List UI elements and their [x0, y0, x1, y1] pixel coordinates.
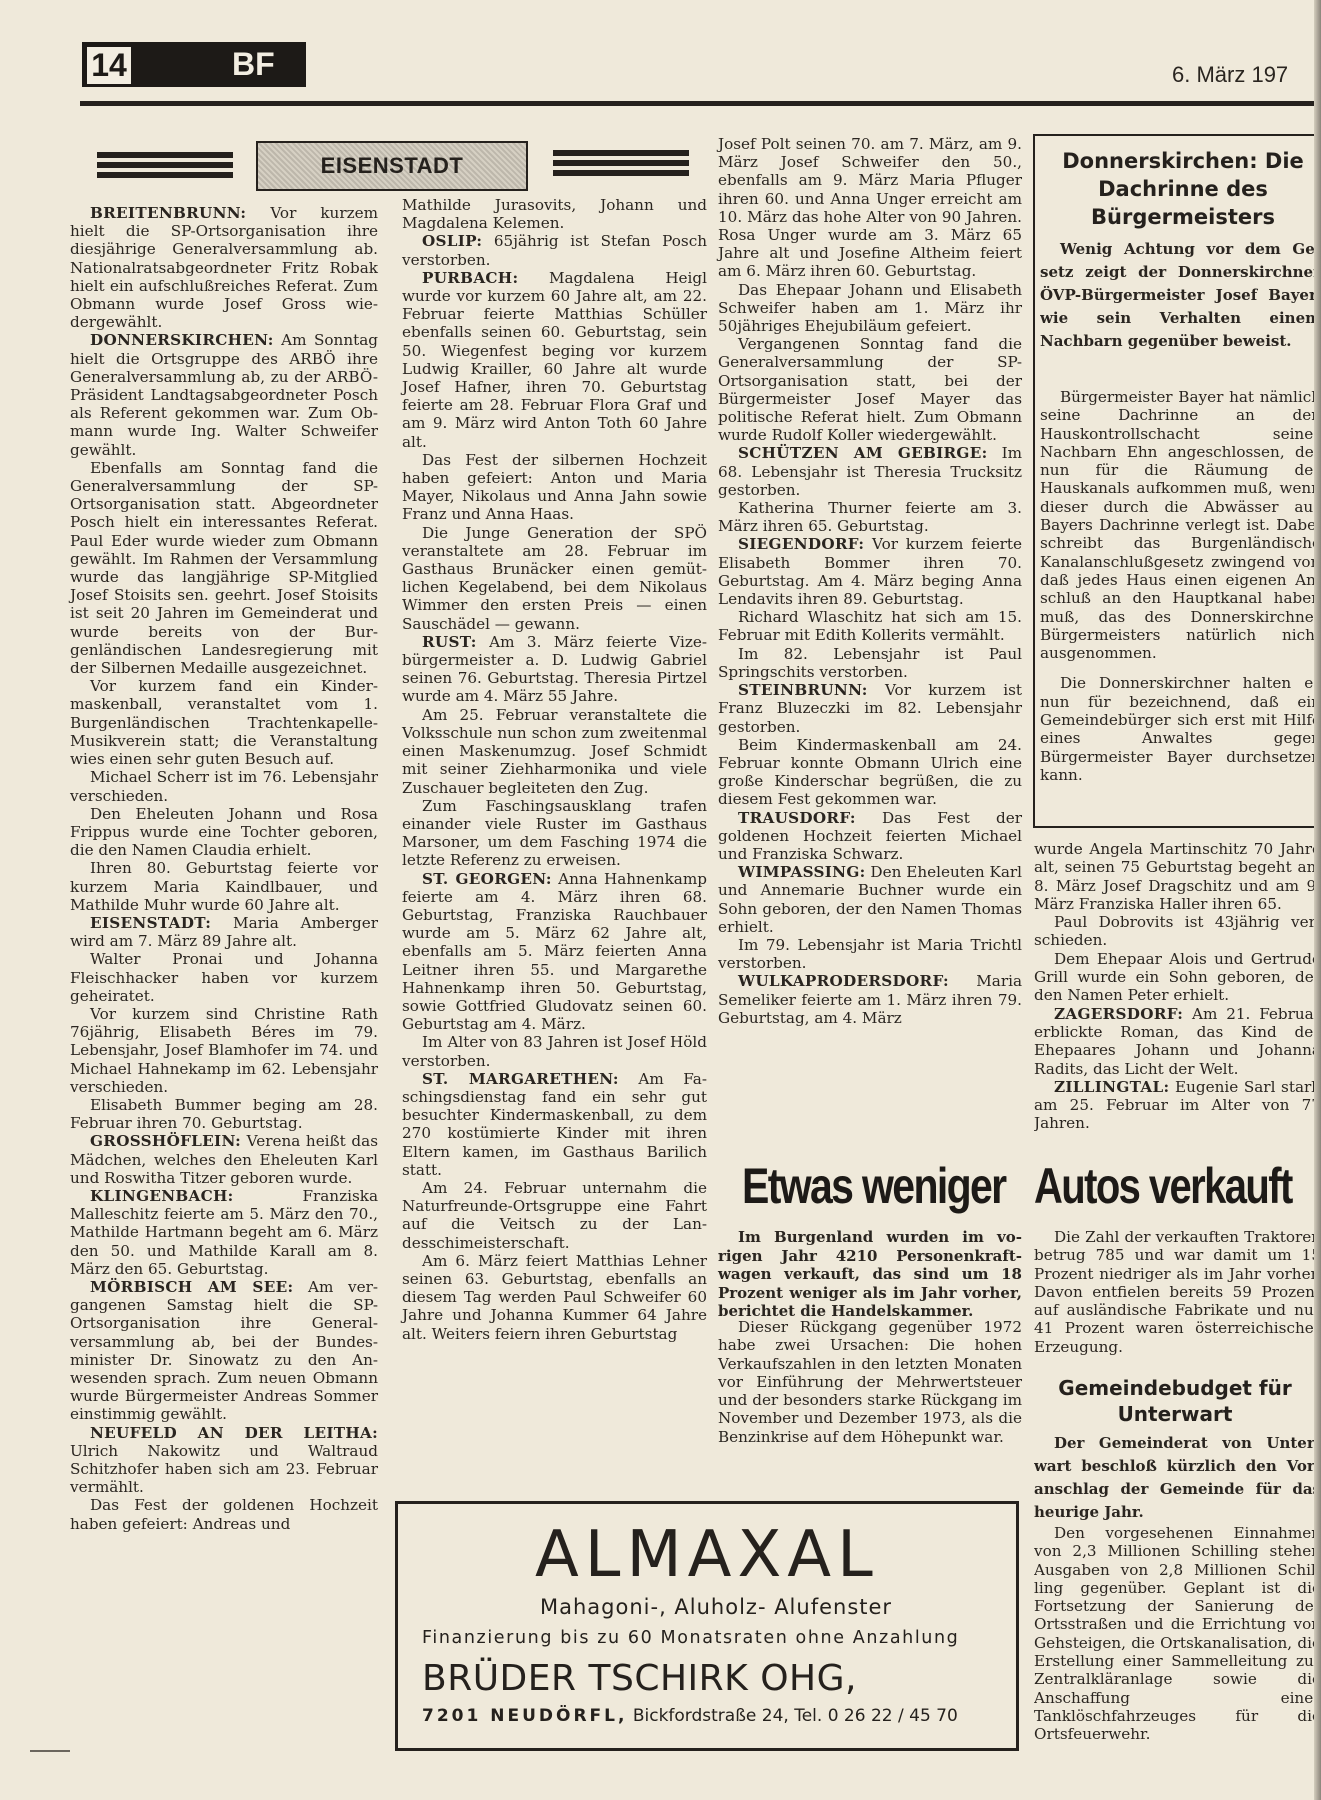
region-banner: EISENSTADT — [256, 141, 528, 191]
news-text: Ihren 80. Geburtstag feierte vor kurzem … — [70, 859, 378, 913]
news-item: Am 6. März feiert Matthias Lehner seinen… — [402, 1252, 707, 1343]
place-name: BREITENBRUNN: — [90, 204, 246, 222]
news-item: Vor kurzem sind Christine Rath 76jährig,… — [70, 1005, 378, 1096]
news-item: Paul Dobrovits ist 43jährig ver­schieden… — [1034, 913, 1321, 950]
lead-text: Der Gemeinderat von Unter­wart beschloß … — [1034, 1432, 1321, 1524]
place-name: DONNERSKIRCHEN: — [90, 331, 274, 349]
autos-headline-left: Etwas weniger — [742, 1155, 1006, 1217]
news-item: DONNERSKIRCHEN: Am Sonntag hielt die Ort… — [70, 331, 378, 458]
cut-mark — [30, 1750, 70, 1752]
news-text: Am Sonntag hielt die Ortsgruppe des ARBÖ… — [70, 331, 378, 458]
place-name: MÖRBISCH AM SEE: — [90, 1278, 293, 1296]
news-text: Vor kurzem sind Christine Rath 76jährig,… — [70, 1005, 378, 1096]
news-column-1: BREITENBRUNN: Vor kurzem hielt die SP-Or… — [70, 204, 378, 1533]
ad-address: 7201 NEUDÖRFL, Bickfordstraße 24, Tel. 0… — [422, 1706, 958, 1726]
budget-body: Den vorgesehenen Einnahmen von 2,3 Milli… — [1034, 1524, 1321, 1744]
news-item: Michael Scherr ist im 76. Le­bensjahr ve… — [70, 768, 378, 804]
place-name: KLINGENBACH: — [90, 1187, 234, 1205]
place-name: RUST: — [422, 633, 477, 651]
news-item: Am 25. Februar veranstaltete die Volkssc… — [402, 706, 707, 797]
sidebar-lead: Wenig Achtung vor dem Ge­setz zeigt der … — [1040, 238, 1321, 353]
news-item: Das Fest der silbernen Hoch­zeit haben g… — [402, 451, 707, 524]
news-item: PURBACH: Magdalena Heigl wurde vor kurze… — [402, 269, 707, 451]
news-item: Den Eheleuten Johann und Rosa Frippus wu… — [70, 805, 378, 860]
news-text: Im 79. Lebensjahr ist Maria Trichtl vers… — [718, 936, 1022, 972]
headline-line: Gemeindebudget für — [1040, 1375, 1310, 1401]
autos-headline-right: Autos verkauft — [1034, 1155, 1292, 1217]
news-text: Richard Wlaschitz hat sich am 15. Februa… — [718, 608, 1022, 644]
news-text: Den Eheleuten Johann und Rosa Frippus wu… — [70, 805, 378, 859]
place-name: ZAGERSDORF: — [1054, 1005, 1183, 1023]
news-item: ST. GEORGEN: Anna Hahnen­kamp feierte am… — [402, 870, 707, 1034]
headline-line: Donnerskirchen: Die — [1048, 147, 1318, 175]
issue-date: 6. März 197 — [1172, 62, 1288, 88]
sidebar-headline: Donnerskirchen: Die Dachrinne des Bürger… — [1048, 147, 1318, 231]
news-item: Josef Polt seinen 70. am 7. März, am 9. … — [718, 135, 1022, 281]
news-item: KLINGENBACH: Franziska Malleschitz feier… — [70, 1187, 378, 1278]
news-column-4: wurde Angela Martinschitz 70 Jahre alt, … — [1034, 840, 1321, 1133]
place-name: EISENSTADT: — [90, 914, 211, 932]
headline-line: Unterwart — [1040, 1401, 1310, 1427]
news-item: NEUFELD AN DER LEITHA: Ulrich Nakowitz u… — [70, 1424, 378, 1497]
page-edge — [1314, 0, 1321, 1800]
news-item: Ebenfalls am Sonntag fand die Generalver… — [70, 459, 378, 677]
news-item: Richard Wlaschitz hat sich am 15. Februa… — [718, 608, 1022, 644]
news-item: WIMPASSING: Den Eheleuten Karl und Annem… — [718, 863, 1022, 936]
news-item: Die Junge Generation der SPÖ veranstalte… — [402, 524, 707, 633]
body-paragraph: Dieser Rückgang gegenüber 1972 habe zwei… — [718, 1318, 1022, 1446]
news-item: TRAUSDORF: Das Fest der goldenen Hochzei… — [718, 809, 1022, 864]
news-item: wurde Angela Martinschitz 70 Jahre alt, … — [1034, 840, 1321, 913]
news-item: STEINBRUNN: Vor kurzem ist Franz Bluzecz… — [718, 681, 1022, 736]
news-item: OSLIP: 65jährig ist Stefan Posch verstor… — [402, 232, 707, 268]
sidebar-body: Bürgermeister Bayer hat nämlich seine Da… — [1040, 388, 1321, 784]
news-item: EISENSTADT: Maria Amber­ger wird am 7. M… — [70, 914, 378, 950]
news-text: wurde Angela Martinschitz 70 Jahre alt, … — [1034, 840, 1321, 913]
news-item: Am 24. Februar unternahm die Naturfreund… — [402, 1179, 707, 1252]
news-item: ZAGERSDORF: Am 21. Fe­bruar erblickte Ro… — [1034, 1005, 1321, 1078]
budget-headline: Gemeindebudget für Unterwart — [1040, 1375, 1310, 1427]
place-name: WIMPASSING: — [738, 863, 866, 881]
news-text: Am 24. Februar unternahm die Naturfreund… — [402, 1179, 707, 1252]
news-item: Im 79. Lebensjahr ist Maria Trichtl vers… — [718, 936, 1022, 972]
place-name: SIEGENDORF: — [738, 535, 864, 553]
news-text: Elisabeth Bummer beging am 28. Februar i… — [70, 1096, 378, 1132]
news-text: Paul Dobrovits ist 43jährig ver­schieden… — [1034, 913, 1321, 949]
place-name: STEINBRUNN: — [738, 681, 868, 699]
news-text: Das Fest der silbernen Hoch­zeit haben g… — [402, 451, 707, 524]
headline-line: Bürgermeisters — [1048, 203, 1318, 231]
news-text: Ebenfalls am Sonntag fand die Generalver… — [70, 459, 378, 677]
header-rule — [80, 101, 1321, 106]
lead-text: Wenig Achtung vor dem Ge­setz zeigt der … — [1040, 238, 1321, 353]
news-item: MÖRBISCH AM SEE: Am ver­gangenen Samstag… — [70, 1278, 378, 1424]
section-label: BF — [232, 42, 275, 87]
news-text: Das Ehepaar Johann und Elisa­beth Schwei… — [718, 281, 1022, 335]
ad-city: 7201 NEUDÖRFL, — [422, 1706, 627, 1726]
news-text: Magdalena Heigl wurde vor kurzem 60 Jahr… — [402, 269, 707, 451]
news-item: SIEGENDORF: Vor kurzem feierte Elisabeth… — [718, 535, 1022, 608]
news-column-2: Mathilde Jurasovits, Johann und Magdalen… — [402, 196, 707, 1343]
lead-text: Im Burgenland wurden im vo­rigen Jahr 42… — [718, 1228, 1022, 1321]
news-item: ST. MARGARETHEN: Am Fa­schingsdienstag f… — [402, 1070, 707, 1179]
news-item: Zum Faschingsausklang trafen einander vi… — [402, 797, 707, 870]
news-item: Vergangenen Sonntag fand die Generalvers… — [718, 335, 1022, 444]
news-text: Mathilde Jurasovits, Johann und Magdalen… — [402, 196, 707, 232]
news-item: Das Ehepaar Johann und Elisa­beth Schwei… — [718, 281, 1022, 336]
news-text: Walter Pronai und Johanna Fleischhacker … — [70, 950, 378, 1004]
news-text: Im Alter von 83 Jahren ist Josef Höld ve… — [402, 1033, 707, 1069]
autos-lead: Im Burgenland wurden im vo­rigen Jahr 42… — [718, 1228, 1022, 1321]
news-text: Vergangenen Sonntag fand die Generalvers… — [718, 335, 1022, 444]
place-name: NEUFELD AN DER LEITHA: — [90, 1424, 378, 1442]
news-text: Josef Polt seinen 70. am 7. März, am 9. … — [718, 135, 1022, 280]
news-text: Beim Kindermaskenball am 24. Februar kon… — [718, 736, 1022, 809]
news-text: Dem Ehepaar Alois und Ger­trude Grill wu… — [1034, 950, 1321, 1005]
news-text: Am ver­gangenen Samstag hielt die SP-Ort… — [70, 1278, 378, 1423]
news-text: Am 25. Februar veranstaltete die Volkssc… — [402, 706, 707, 797]
place-name: ST. MARGARETHEN: — [422, 1070, 619, 1088]
news-text: Vor kurzem fand ein Kinder­maskenball, v… — [70, 677, 378, 768]
news-text: Michael Scherr ist im 76. Le­bensjahr ve… — [70, 768, 378, 804]
banner-decor-left — [97, 152, 233, 184]
news-text: Anna Hahnen­kamp feierte am 4. März ihre… — [402, 870, 707, 1034]
body-paragraph: Den vorgesehenen Einnahmen von 2,3 Milli… — [1034, 1524, 1321, 1744]
news-item: Dem Ehepaar Alois und Ger­trude Grill wu… — [1034, 950, 1321, 1005]
news-text: Zum Faschingsausklang trafen einander vi… — [402, 797, 707, 870]
ad-financing: Finanzierung bis zu 60 Monatsraten ohne … — [422, 1628, 959, 1648]
budget-lead: Der Gemeinderat von Unter­wart beschloß … — [1034, 1432, 1321, 1524]
headline-line: Dachrinne des — [1048, 175, 1318, 203]
news-item: BREITENBRUNN: Vor kurzem hielt die SP-Or… — [70, 204, 378, 331]
news-text: Katherina Thurner feierte am 3. März ihr… — [718, 499, 1022, 535]
news-item: Beim Kindermaskenball am 24. Februar kon… — [718, 736, 1022, 809]
ad-street: Bickfordstraße 24, Tel. 0 26 22 / 45 70 — [627, 1706, 957, 1726]
autos-body: Dieser Rückgang gegenüber 1972 habe zwei… — [718, 1318, 1022, 1446]
page-number: 14 — [86, 46, 132, 85]
news-item: Ihren 80. Geburtstag feierte vor kurzem … — [70, 859, 378, 914]
place-name: GROSSHÖFLEIN: — [90, 1132, 241, 1150]
autos-body-right: Die Zahl der verkauften Trak­toren betru… — [1034, 1228, 1321, 1356]
news-item: Das Fest der goldenen Hochzeit haben gef… — [70, 1496, 378, 1532]
ad-product: Mahagoni-, Aluholz- Alufenster — [540, 1595, 892, 1619]
news-item: Katherina Thurner feierte am 3. März ihr… — [718, 499, 1022, 535]
body-paragraph: Bürgermeister Bayer hat nämlich seine Da… — [1040, 388, 1321, 662]
place-name: SCHÜTZEN AM GEBIRGE: — [738, 444, 987, 462]
place-name: ST. GEORGEN: — [422, 870, 552, 888]
news-text: Im 82. Lebensjahr ist Paul Springschits … — [718, 645, 1022, 681]
news-item: Im Alter von 83 Jahren ist Josef Höld ve… — [402, 1033, 707, 1069]
body-paragraph: Die Zahl der verkauften Trak­toren betru… — [1034, 1228, 1321, 1356]
news-item: RUST: Am 3. März feierte Vize­bürgermeis… — [402, 633, 707, 706]
place-name: PURBACH: — [422, 269, 518, 287]
news-text: Vor kurzem hielt die SP-Ortsorganisation… — [70, 204, 378, 331]
news-text: Die Junge Generation der SPÖ veranstalte… — [402, 524, 707, 633]
news-item: SCHÜTZEN AM GEBIRGE: Im 68. Lebensjahr i… — [718, 444, 1022, 499]
news-column-3: Josef Polt seinen 70. am 7. März, am 9. … — [718, 135, 1022, 1027]
news-item: Elisabeth Bummer beging am 28. Februar i… — [70, 1096, 378, 1132]
news-item: Walter Pronai und Johanna Fleischhacker … — [70, 950, 378, 1005]
ad-brand: ALMAXAL — [535, 1520, 879, 1590]
news-item: GROSSHÖFLEIN: Verena heißt das Mädchen, … — [70, 1132, 378, 1187]
body-paragraph: Die Donnerskirchner halten es nun für be… — [1040, 674, 1321, 784]
place-name: ZILLINGTAL: — [1054, 1078, 1169, 1096]
news-item: ZILLINGTAL: Eugenie Sarl starb am 25. Fe… — [1034, 1078, 1321, 1133]
news-item: Vor kurzem fand ein Kinder­maskenball, v… — [70, 677, 378, 768]
news-text: Am 6. März feiert Matthias Lehner seinen… — [402, 1252, 707, 1343]
ad-company: BRÜDER TSCHIRK OHG, — [422, 1658, 857, 1699]
news-item: Mathilde Jurasovits, Johann und Magdalen… — [402, 196, 707, 232]
news-text: Das Fest der goldenen Hochzeit haben gef… — [70, 1496, 378, 1532]
place-name: WULKAPRODERSDORF: — [738, 972, 949, 990]
place-name: OSLIP: — [422, 232, 482, 250]
news-item: WULKAPRODERSDORF: Ma­ria Semeliker feier… — [718, 972, 1022, 1027]
news-text: Ulrich Nakowitz und Waltraud Schitzhofer… — [70, 1442, 378, 1496]
place-name: TRAUSDORF: — [738, 809, 856, 827]
banner-decor-right — [553, 150, 689, 182]
news-item: Im 82. Lebensjahr ist Paul Springschits … — [718, 645, 1022, 681]
